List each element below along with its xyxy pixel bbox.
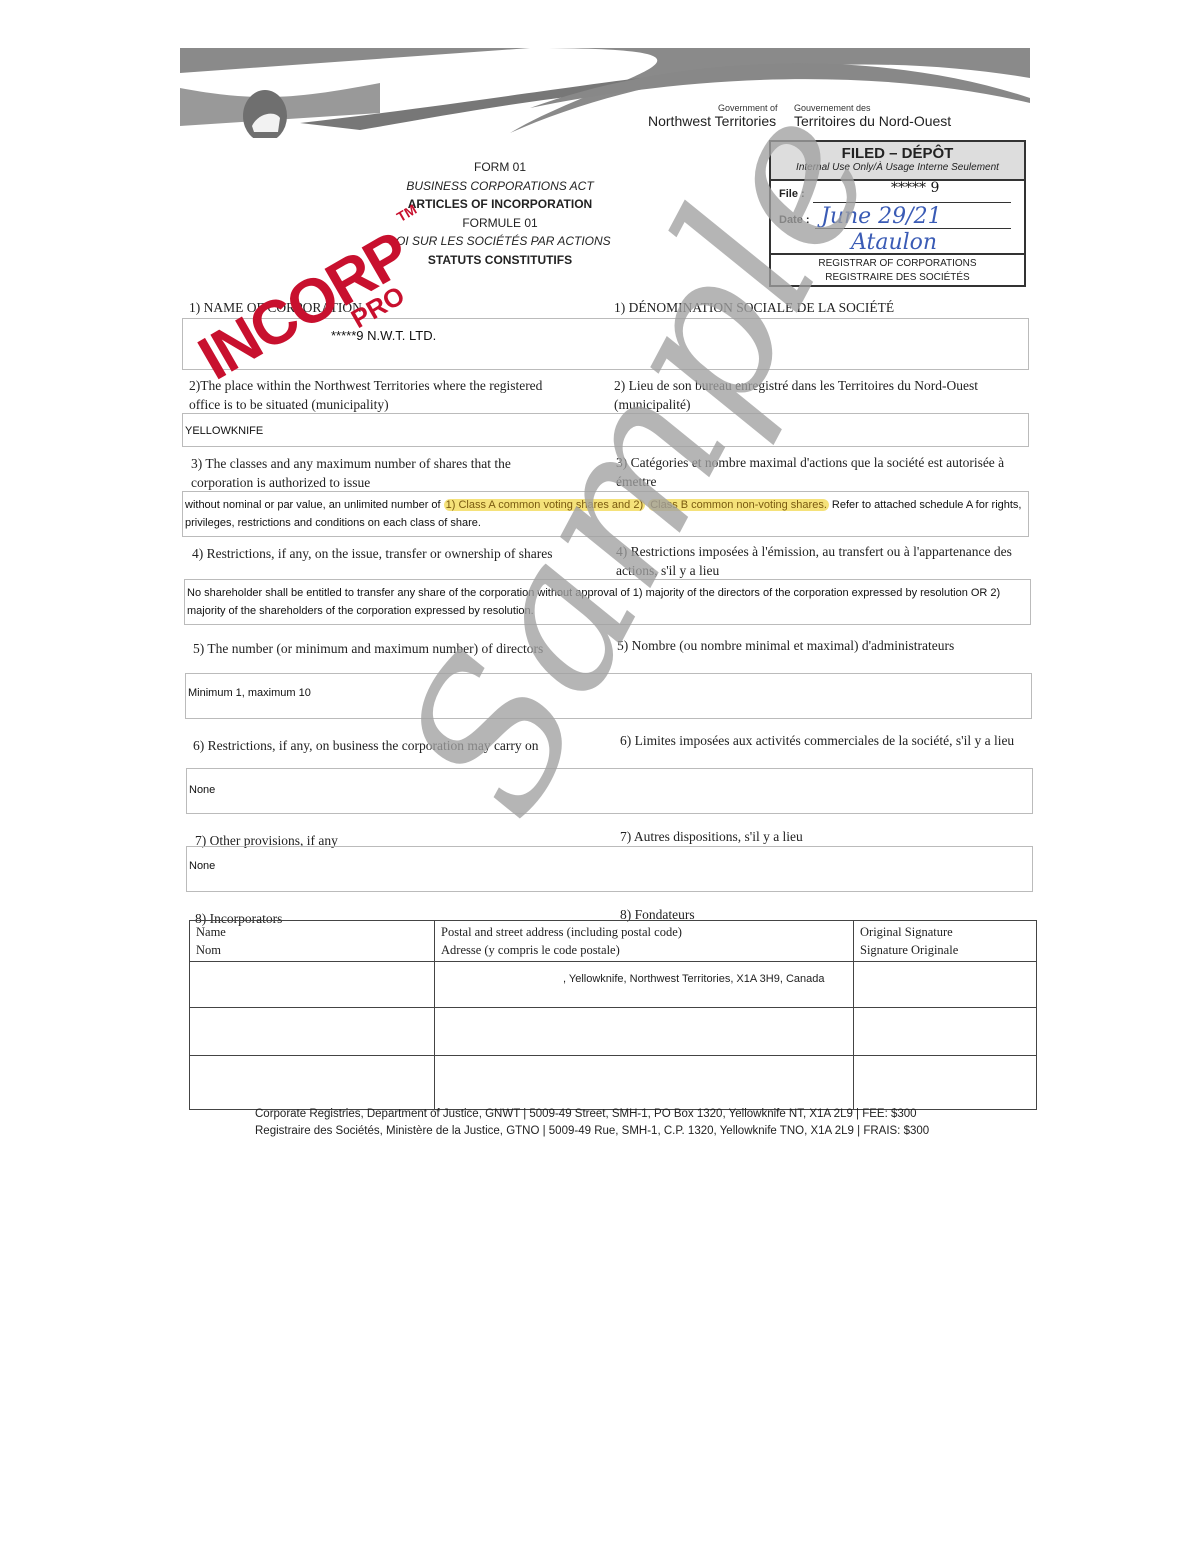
form-title-en: ARTICLES OF INCORPORATION <box>380 195 620 214</box>
col-address-header: Postal and street address (including pos… <box>435 921 854 962</box>
act-name-en: BUSINESS CORPORATIONS ACT <box>380 177 620 196</box>
incorporator-signature-cell[interactable] <box>854 1056 1037 1110</box>
form-title-block: FORM 01 BUSINESS CORPORATIONS ACT ARTICL… <box>380 158 620 269</box>
date-value: June 29/21 <box>821 204 942 229</box>
incorporator-name-cell[interactable] <box>190 962 435 1008</box>
s1-label-en: 1) NAME OF CORPORATION <box>189 298 362 317</box>
form-number-en: FORM 01 <box>380 158 620 177</box>
incorporator-address-cell[interactable] <box>435 1008 854 1056</box>
business-restrictions-value: None <box>189 781 215 799</box>
act-name-fr: LOI SUR LES SOCIÉTÉS PAR ACTIONS <box>380 232 620 251</box>
nwt-en-label: Northwest Territories <box>648 113 776 129</box>
col-signature-header: Original SignatureSignature Originale <box>854 921 1037 962</box>
registered-office-field[interactable]: YELLOWKNIFE <box>182 413 1029 447</box>
registrar-en: REGISTRAR OF CORPORATIONS <box>771 257 1024 271</box>
col-name-header: NameNom <box>190 921 435 962</box>
share-restrictions-value: No shareholder shall be entitled to tran… <box>187 584 1027 620</box>
incorporator-name-cell[interactable] <box>190 1008 435 1056</box>
gov-des-label: Gouvernement des <box>794 103 871 113</box>
s6-label-fr: 6) Limites imposées aux activités commer… <box>620 731 1030 750</box>
share-classes-value: without nominal or par value, an unlimit… <box>185 496 1025 532</box>
date-label: Date : <box>779 214 810 226</box>
share-classes-text-pre: without nominal or par value, an unlimit… <box>185 499 444 511</box>
form-number-fr: FORMULE 01 <box>380 214 620 233</box>
s4-label-fr: 4) Restrictions imposées à l'émission, a… <box>616 542 1016 580</box>
incorporator-name-cell[interactable] <box>190 1056 435 1110</box>
incorporator-signature-cell[interactable] <box>854 1008 1037 1056</box>
s2-label-en: 2)The place within the Northwest Territo… <box>189 376 569 414</box>
share-restrictions-field[interactable]: No shareholder shall be entitled to tran… <box>184 579 1031 625</box>
stamp-subtitle: Internal Use Only/À Usage Interne Seulem… <box>771 162 1024 173</box>
file-label: File : <box>779 188 805 200</box>
directors-number-value: Minimum 1, maximum 10 <box>188 684 311 702</box>
registrar-fr: REGISTRAIRE DES SOCIÉTÉS <box>771 271 1024 285</box>
s6-label-en: 6) Restrictions, if any, on business the… <box>193 736 573 755</box>
incorporator-address-cell[interactable] <box>435 1056 854 1110</box>
registered-office-value: YELLOWKNIFE <box>185 422 263 440</box>
s7-label-fr: 7) Autres dispositions, s'il y a lieu <box>620 827 803 846</box>
share-classes-field[interactable]: without nominal or par value, an unlimit… <box>182 491 1029 537</box>
table-header-row: NameNom Postal and street address (inclu… <box>190 921 1037 962</box>
registrar-signature: Ataulon <box>851 230 937 255</box>
nwt-fr-label: Territoires du Nord-Ouest <box>794 113 951 129</box>
table-row <box>190 1056 1037 1110</box>
highlight-class-b: Class B common non-voting shares. <box>648 499 829 511</box>
corporation-name-value: *****9 N.W.T. LTD. <box>331 327 436 345</box>
s1-label-fr: 1) DÉNOMINATION SOCIALE DE LA SOCIÉTÉ <box>614 298 894 317</box>
other-provisions-value: None <box>189 857 215 875</box>
business-restrictions-field[interactable]: None <box>186 768 1033 814</box>
table-row: , Yellowknife, Northwest Territories, X1… <box>190 962 1037 1008</box>
footer-line-en: Corporate Registries, Department of Just… <box>255 1106 975 1123</box>
stamp-title: FILED – DÉPÔT <box>771 142 1024 162</box>
directors-number-field[interactable]: Minimum 1, maximum 10 <box>185 673 1032 719</box>
footer-line-fr: Registraire des Sociétés, Ministère de l… <box>255 1123 975 1140</box>
s2-label-fr: 2) Lieu de son bureau enregistré dans le… <box>614 376 1024 414</box>
incorporators-table: NameNom Postal and street address (inclu… <box>189 920 1037 1110</box>
s5-label-fr: 5) Nombre (ou nombre minimal et maximal)… <box>617 636 1037 655</box>
form-footer: Corporate Registries, Department of Just… <box>255 1106 975 1140</box>
filed-stamp-box: FILED – DÉPÔT Internal Use Only/À Usage … <box>769 140 1026 287</box>
table-row <box>190 1008 1037 1056</box>
form-title-fr: STATUTS CONSTITUTIFS <box>380 251 620 270</box>
articles-of-incorporation-form: Government of Gouvernement des Northwest… <box>180 48 1030 1198</box>
gov-of-label: Government of <box>718 103 778 113</box>
incorporator-address-cell[interactable]: , Yellowknife, Northwest Territories, X1… <box>435 962 854 1008</box>
file-value: ***** 9 <box>891 180 939 196</box>
s5-label-en: 5) The number (or minimum and maximum nu… <box>193 639 573 658</box>
s4-label-en: 4) Restrictions, if any, on the issue, t… <box>192 544 572 563</box>
corporation-name-field[interactable]: *****9 N.W.T. LTD. <box>182 318 1029 370</box>
s3-label-en: 3) The classes and any maximum number of… <box>191 454 571 492</box>
other-provisions-field[interactable]: None <box>186 846 1033 892</box>
incorporator-signature-cell[interactable] <box>854 962 1037 1008</box>
s3-label-fr: 3) Catégories et nombre maximal d'action… <box>616 453 1026 491</box>
highlight-class-a: 1) Class A common voting shares and 2) <box>444 499 645 511</box>
